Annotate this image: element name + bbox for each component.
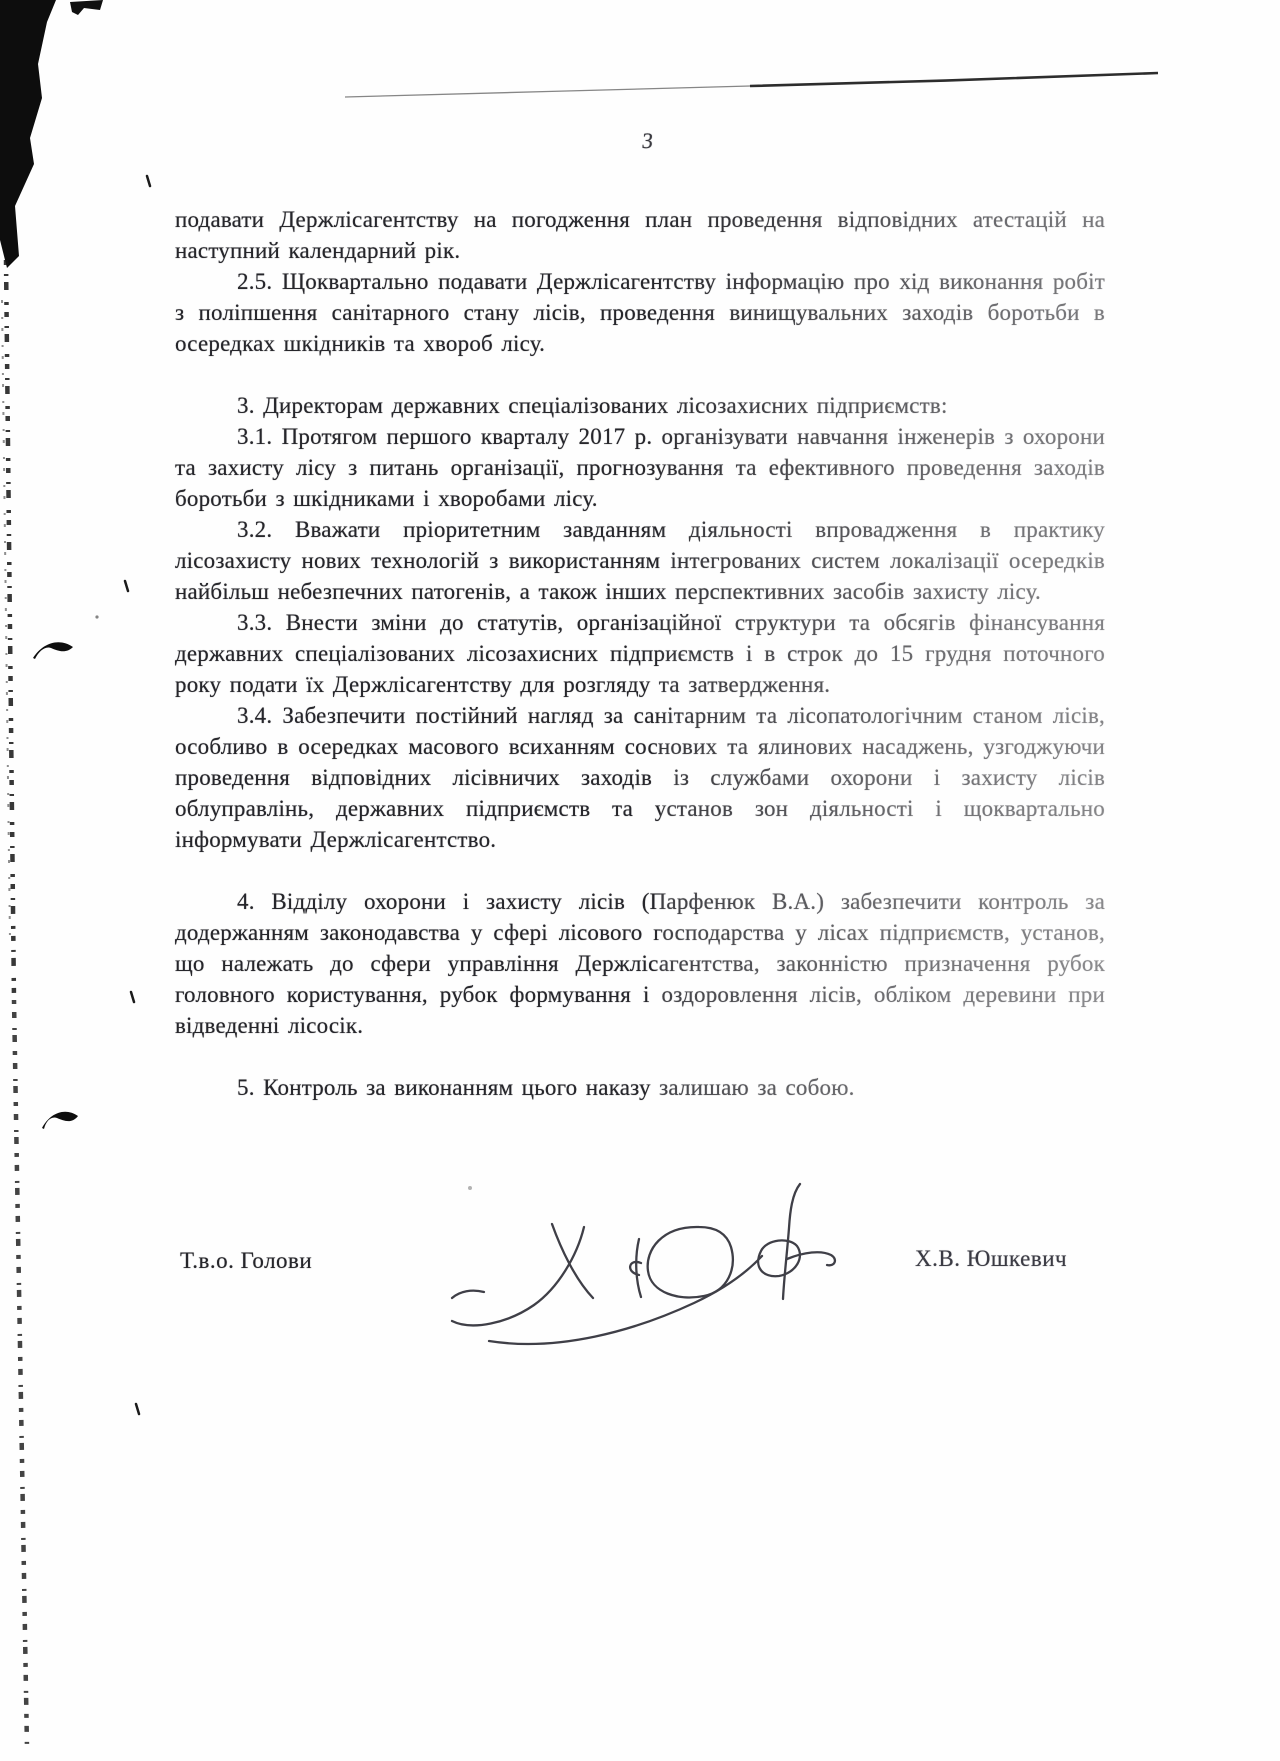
signature-hook bbox=[787, 1252, 835, 1265]
signer-title: Т.в.о. Голови bbox=[180, 1248, 312, 1274]
scan-speck-6 bbox=[468, 1186, 472, 1190]
signature-phi-circle bbox=[758, 1240, 800, 1276]
scan-speck-4 bbox=[131, 992, 134, 1002]
signature-yu-oval bbox=[648, 1227, 733, 1297]
scan-hook-mark bbox=[70, 0, 103, 15]
signer-name: Х.В. Юшкевич bbox=[915, 1246, 1067, 1272]
page-number: 3 bbox=[641, 128, 655, 154]
paragraph-5: 5. Контроль за виконанням цього наказу з… bbox=[175, 1072, 1105, 1103]
scan-crescent-mark-1 bbox=[33, 642, 73, 659]
signature-yu-loop bbox=[630, 1262, 641, 1275]
paragraph-continuation: подавати Держлісагентству на погодження … bbox=[175, 204, 1105, 266]
blank-line bbox=[175, 1041, 1105, 1072]
blank-line bbox=[175, 359, 1105, 390]
scan-edge-speckle-band-lower bbox=[14, 1000, 27, 1748]
paragraph-3: 3. Директорам державних спеціалізованих … bbox=[175, 390, 1105, 421]
paragraph-3-1: 3.1. Протягом першого кварталу 2017 р. о… bbox=[175, 421, 1105, 514]
signature-yu-stem bbox=[636, 1239, 641, 1297]
signature-phi-stem bbox=[783, 1184, 800, 1299]
signature-x-stroke-2 bbox=[552, 1224, 593, 1298]
document-body: подавати Держлісагентству на погодження … bbox=[175, 204, 1105, 1103]
scan-edge-speckle-band-faint bbox=[2, 300, 10, 940]
paragraph-2-5: 2.5. Щоквартально подавати Держлісагентс… bbox=[175, 266, 1105, 359]
scan-smudge-top-left bbox=[0, 0, 56, 268]
scan-speck-3 bbox=[95, 615, 98, 618]
scan-speck-1 bbox=[147, 176, 150, 186]
scan-edge-speckle-band-upper bbox=[6, 260, 14, 1000]
paragraph-3-3: 3.3. Внести зміни до статутів, організац… bbox=[175, 607, 1105, 700]
scan-speck-5 bbox=[136, 1404, 139, 1414]
paragraph-3-2: 3.2. Вважати пріоритетним завданням діял… bbox=[175, 514, 1105, 607]
scan-crease-line-right bbox=[750, 73, 1158, 86]
scan-speck-2 bbox=[125, 581, 128, 591]
blank-line bbox=[175, 855, 1105, 886]
signature-underline-sweep bbox=[489, 1256, 762, 1344]
signature-dash bbox=[452, 1291, 484, 1298]
scan-crease-line-left bbox=[345, 86, 750, 97]
scan-crescent-mark-2 bbox=[42, 1112, 78, 1129]
paragraph-4: 4. Відділу охорони і захисту лісів (Парф… bbox=[175, 886, 1105, 1041]
signature-x-stroke-1 bbox=[452, 1227, 584, 1325]
paragraph-3-4: 3.4. Забезпечити постійний нагляд за сан… bbox=[175, 700, 1105, 855]
scanned-document-page: 3 подавати Держлісагентству на погодженн… bbox=[0, 0, 1280, 1761]
